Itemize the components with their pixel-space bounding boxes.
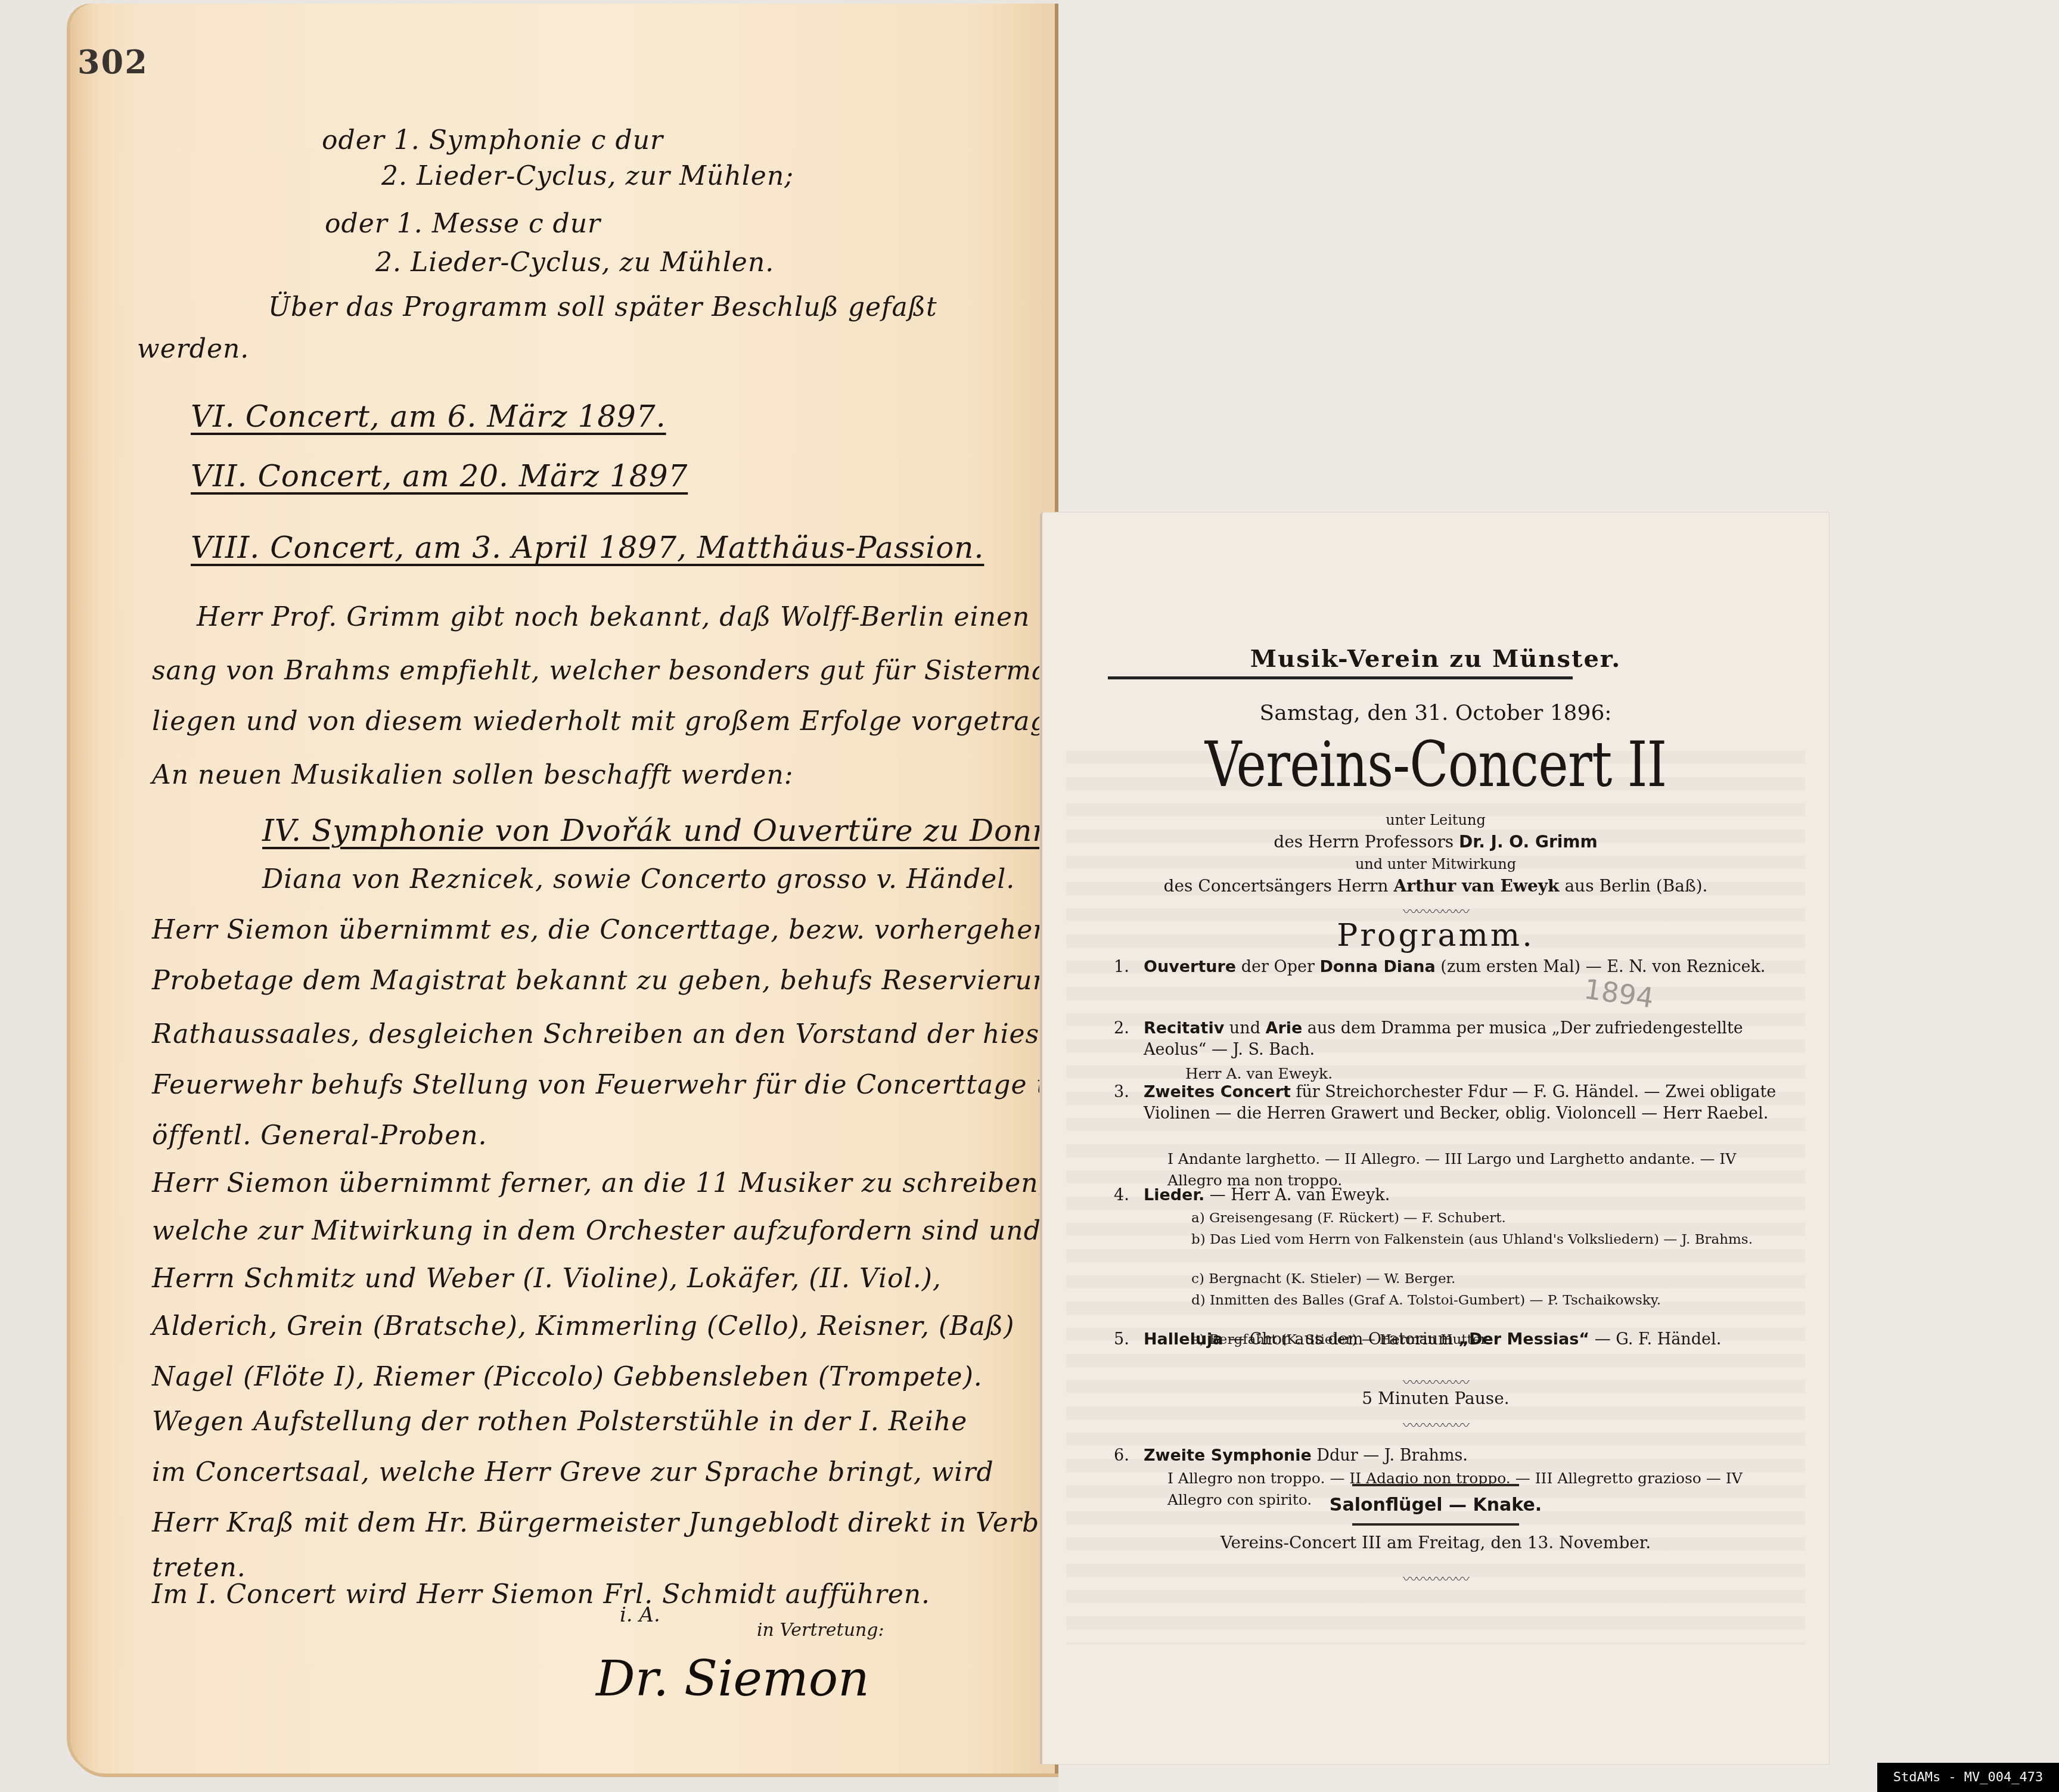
- handwritten-line: Im I. Concert wird Herr Siemon Frl. Schm…: [152, 1579, 930, 1610]
- item-number: 5.: [1114, 1329, 1138, 1350]
- handwritten-line: Herr Siemon übernimmt es, die Concerttag…: [152, 915, 1101, 945]
- handwritten-line: 2. Lieder-Cyclus, zu Mühlen.: [375, 247, 774, 278]
- item-desc: der Oper: [1236, 958, 1319, 976]
- handwritten-line: Herrn Schmitz und Weber (I. Violine), Lo…: [152, 1263, 942, 1294]
- handwritten-line: Herr Siemon übernimmt ferner, an die 11 …: [152, 1168, 1048, 1198]
- song-entry: c) Bergnacht (K. Stieler) — W. Berger.: [1191, 1268, 1793, 1290]
- handwritten-line: Diana von Reznicek, sowie Concerto gross…: [262, 864, 1015, 895]
- handwritten-line: Wegen Aufstellung der rothen Polsterstüh…: [152, 1406, 967, 1437]
- item-work: Arie: [1266, 1019, 1303, 1038]
- handwritten-line: Nagel (Flöte I), Riemer (Piccolo) Gebben…: [152, 1362, 983, 1392]
- item-desc: — Chor aus dem Oratorium: [1223, 1330, 1459, 1349]
- divider-rule: [1352, 1523, 1519, 1526]
- handwritten-line: Alderich, Grein (Bratsche), Kimmerling (…: [152, 1311, 1014, 1341]
- mitwirkung-label: und unter Mitwirkung: [1042, 856, 1829, 872]
- item-title: Recitativ: [1144, 1019, 1224, 1038]
- conductor-name: Dr. J. O. Grimm: [1459, 832, 1598, 852]
- item-title: Zweite Symphonie: [1144, 1446, 1312, 1465]
- item-number: 1.: [1114, 956, 1138, 978]
- leitung-label: unter Leitung: [1042, 812, 1829, 828]
- handwritten-line: im Concertsaal, welche Herr Greve zur Sp…: [152, 1457, 994, 1487]
- handwritten-line: An neuen Musikalien sollen beschafft wer…: [152, 760, 794, 790]
- handwritten-line: Feuerwehr behufs Stellung von Feuerwehr …: [152, 1070, 1088, 1100]
- handwritten-heading: VIII. Concert, am 3. April 1897, Matthäu…: [191, 530, 984, 565]
- handwritten-line: oder 1. Messe c dur: [325, 209, 601, 239]
- ornament-divider: 〰〰〰〰〰: [1042, 1567, 1829, 1588]
- item-text: Zweites Concert für Streichorchester Fdu…: [1144, 1082, 1787, 1125]
- item-number: 6.: [1114, 1445, 1138, 1467]
- item-work: „Der Messias“: [1458, 1330, 1589, 1349]
- soloist-name: Arthur van Eweyk: [1393, 876, 1559, 896]
- archive-reference-label: StdAMs - MV_004_473: [1877, 1763, 2059, 1792]
- handwritten-line: werden.: [137, 334, 249, 364]
- handwritten-line: oder 1. Symphonie c dur: [322, 125, 663, 156]
- item-text: Lieder. — Herr A. van Eweyk.: [1144, 1185, 1787, 1206]
- society-heading: Musik-Verein zu Münster.: [1042, 645, 1829, 673]
- soloist-prefix: des Concertsängers Herrn: [1164, 876, 1389, 896]
- handwritten-line: 2. Lieder-Cyclus, zur Mühlen;: [381, 161, 794, 191]
- item-composer: — G. F. Händel.: [1589, 1330, 1721, 1349]
- handwritten-line: Herr Prof. Grimm gibt noch bekannt, daß …: [197, 602, 1086, 632]
- item-text: Halleluja — Chor aus dem Oratorium „Der …: [1144, 1329, 1787, 1350]
- item-number: 2.: [1114, 1018, 1138, 1039]
- piano-credit: Salonflügel — Knake.: [1042, 1495, 1829, 1515]
- item-number: 3.: [1114, 1082, 1138, 1103]
- item-composer: (zum ersten Mal) — E. N. von Reznicek.: [1436, 958, 1766, 976]
- song-entry: b) Das Lied vom Herrn von Falkenstein (a…: [1191, 1229, 1793, 1250]
- program-heading: Programm.: [1042, 918, 1829, 954]
- item-title: Lieder.: [1144, 1186, 1204, 1204]
- handwritten-line: Über das Programm soll später Beschluß g…: [268, 292, 937, 322]
- concert-program-sheet: Musik-Verein zu Münster. Samstag, den 31…: [1040, 513, 1829, 1764]
- ornament-divider: 〰〰〰〰〰: [1042, 1414, 1829, 1434]
- song-entry: a) Greisengesang (F. Rückert) — F. Schub…: [1191, 1207, 1793, 1229]
- handwritten-line: sang von Brahms empfiehlt, welcher beson…: [152, 656, 1079, 686]
- item-work: Donna Diana: [1319, 958, 1435, 976]
- handwritten-heading: VII. Concert, am 20. März 1897: [191, 459, 688, 493]
- item-title: Halleluja: [1144, 1330, 1223, 1349]
- handwritten-line: Herr Kraß mit dem Hr. Bürgermeister Jung…: [152, 1508, 1136, 1538]
- signature-prefix: i. A.: [620, 1603, 660, 1627]
- item-text: Zweite Symphonie Ddur — J. Brahms.: [1144, 1445, 1787, 1467]
- handwritten-line: Probetage dem Magistrat bekannt zu geben…: [152, 965, 1123, 996]
- page-number: 302: [77, 43, 148, 81]
- signature-note: in Vertretung:: [757, 1620, 884, 1641]
- conductor-line: des Herrn Professors Dr. J. O. Grimm: [1042, 832, 1829, 852]
- song-entry: d) Inmitten des Balles (Graf A. Tolstoi-…: [1191, 1290, 1793, 1311]
- handwritten-line: öffentl. General-Proben.: [152, 1120, 487, 1151]
- handwritten-line: liegen und von diesem wiederholt mit gro…: [152, 706, 1138, 737]
- item-text: Ouverture der Oper Donna Diana (zum erst…: [1144, 956, 1787, 978]
- concert-date: Samstag, den 31. October 1896:: [1042, 701, 1829, 725]
- intermission: 5 Minuten Pause.: [1042, 1389, 1829, 1408]
- soloist-suffix: aus Berlin (Baß).: [1564, 876, 1707, 896]
- item-desc: — Herr A. van Eweyk.: [1204, 1186, 1390, 1204]
- signature: Dr. Siemon: [596, 1651, 869, 1707]
- handwritten-heading: VI. Concert, am 6. März 1897.: [191, 399, 666, 434]
- item-desc: und: [1224, 1019, 1265, 1038]
- handwritten-heading: IV. Symphonie von Dvořák und Ouvertüre z…: [262, 813, 1070, 848]
- concert-title: Vereins-Concert II: [1113, 728, 1758, 801]
- item-number: 4.: [1114, 1185, 1138, 1206]
- handwritten-line: treten.: [152, 1552, 246, 1583]
- next-concert-notice: Vereins-Concert III am Freitag, den 13. …: [1042, 1533, 1829, 1552]
- item-title: Zweites Concert: [1144, 1083, 1291, 1101]
- item-desc: Ddur — J. Brahms.: [1312, 1446, 1468, 1465]
- item-text: Recitativ und Arie aus dem Dramma per mu…: [1144, 1018, 1787, 1061]
- handwritten-line: welche zur Mitwirkung in dem Orchester a…: [152, 1216, 1126, 1246]
- divider-rule: [1352, 1484, 1519, 1486]
- soloist-line: des Concertsängers Herrn Arthur van Ewey…: [1042, 876, 1829, 896]
- conductor-prefix: des Herrn Professors: [1274, 832, 1454, 852]
- item-title: Ouverture: [1144, 958, 1236, 976]
- divider-rule: [1108, 676, 1573, 679]
